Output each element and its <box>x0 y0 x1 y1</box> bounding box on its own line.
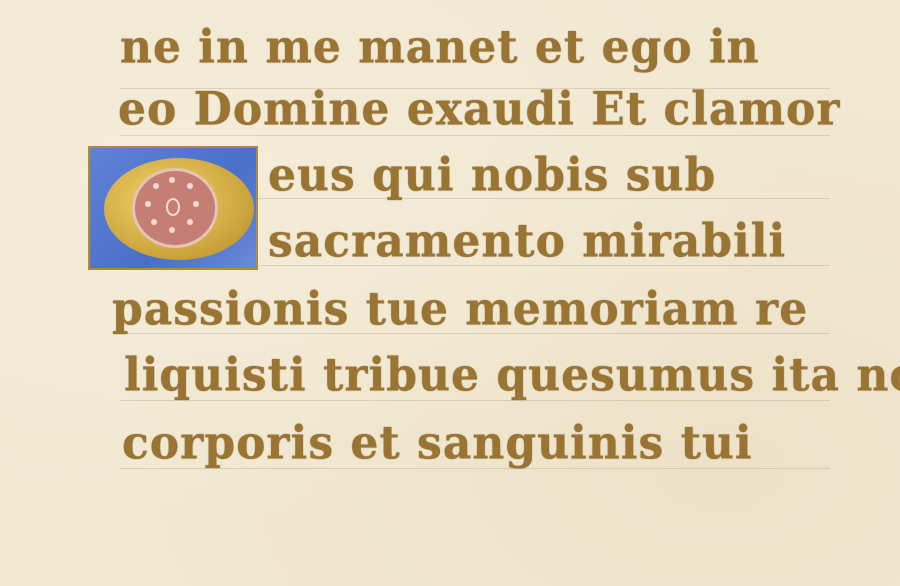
text-line: eo Domine exaudi Et clamor <box>118 83 841 137</box>
text-line: eus qui nobis sub <box>268 149 716 203</box>
illuminated-initial <box>88 146 258 270</box>
text-line: corporis et sanguinis tui <box>122 417 753 471</box>
text-line: ne in me manet et ego in <box>120 21 760 75</box>
manuscript-page: ne in me manet et ego in eo Domine exaud… <box>0 0 900 586</box>
dot-ornament <box>145 201 151 207</box>
dot-ornament <box>169 177 175 183</box>
rose-disc-ornament <box>132 168 218 248</box>
dot-ornament <box>187 219 193 225</box>
dot-ornament <box>169 227 175 233</box>
dot-ornament <box>193 201 199 207</box>
text-line: passionis tue memoriam re <box>112 283 808 337</box>
dot-ornament <box>187 183 193 189</box>
dot-ornament <box>151 219 157 225</box>
text-line: liquisti tribue quesumus ita nos <box>124 349 900 403</box>
text-line: sacramento mirabili <box>268 215 786 269</box>
dot-ornament <box>153 183 159 189</box>
ring-ornament <box>166 198 180 216</box>
